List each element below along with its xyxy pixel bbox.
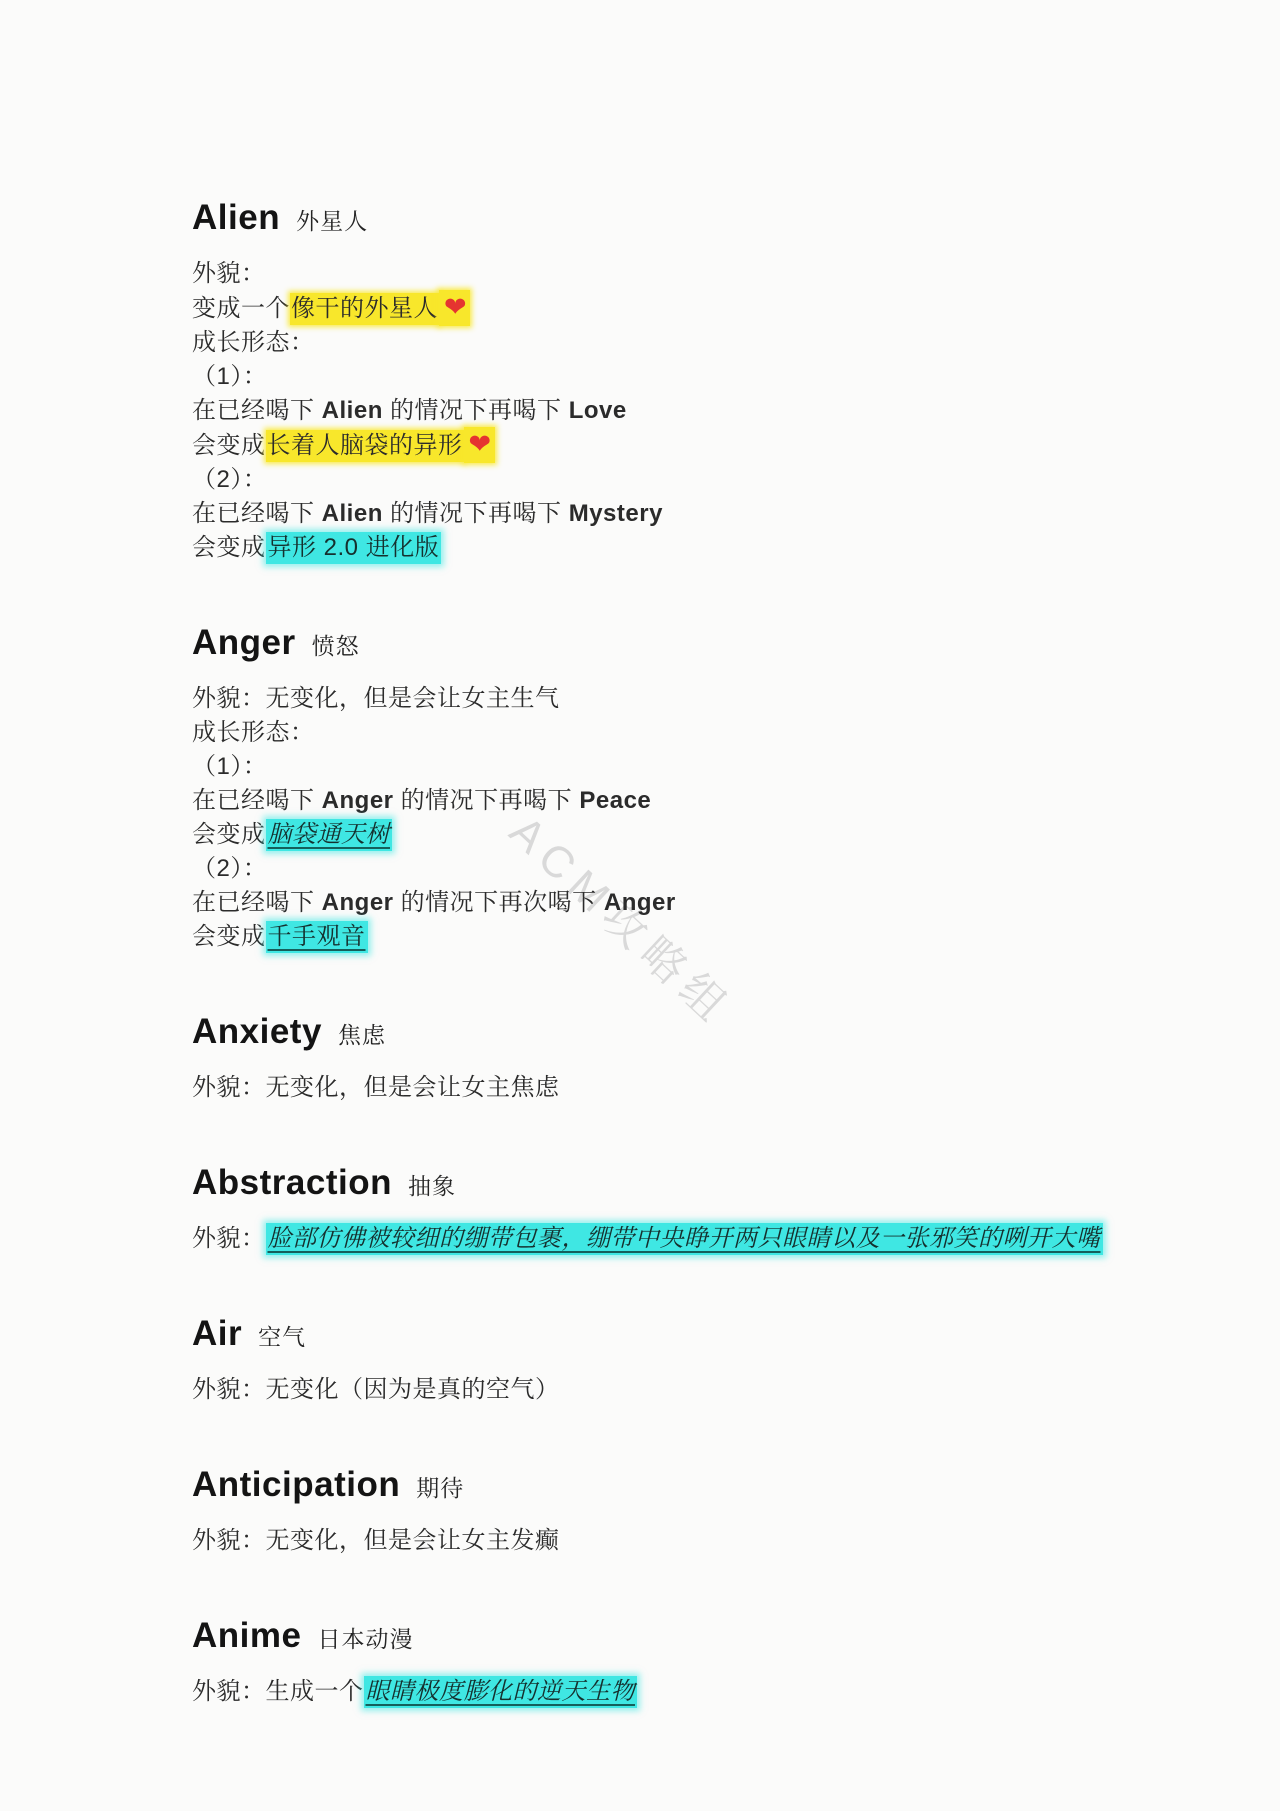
section-title-en: Abstraction bbox=[192, 1161, 392, 1205]
section-heading: Anticipation 期待 bbox=[192, 1463, 1220, 1510]
section-title-en: Anxiety bbox=[192, 1010, 322, 1054]
text-run: 的情况下再次喝下 bbox=[394, 889, 604, 916]
body-line: 在已经喝下 Anger 的情况下再次喝下 Anger bbox=[192, 886, 1220, 920]
body-line: （1）： bbox=[192, 360, 1220, 394]
body-line: 会变成异形 2.0 进化版 bbox=[192, 531, 1220, 565]
glossary-section: Alien 外星人 外貌：变成一个像干的外星人❤成长形态：（1）：在已经喝下 A… bbox=[192, 196, 1220, 565]
glossary-section: Abstraction 抽象 外貌：脸部仿佛被较细的绷带包裹，绷带中央睁开两只眼… bbox=[192, 1161, 1220, 1256]
heart-icon: ❤ bbox=[439, 290, 470, 326]
section-title-zh: 空气 bbox=[258, 1315, 306, 1359]
text-run: Peace bbox=[579, 787, 651, 814]
heart-icon: ❤ bbox=[464, 427, 495, 463]
text-run: 的情况下再喝下 bbox=[394, 787, 580, 814]
glossary-section: Air 空气 外貌：无变化（因为是真的空气） bbox=[192, 1312, 1220, 1407]
text-run: （2）： bbox=[192, 466, 267, 493]
text-run: Mystery bbox=[569, 500, 663, 527]
body-line: 在已经喝下 Alien 的情况下再喝下 Mystery bbox=[192, 497, 1220, 531]
body-line: 外貌：无变化，但是会让女主焦虑 bbox=[192, 1071, 1220, 1105]
section-title-zh: 日本动漫 bbox=[317, 1617, 413, 1661]
text-run: 成长形态： bbox=[192, 329, 315, 356]
text-run: Alien bbox=[322, 500, 383, 527]
body-line: 在已经喝下 Alien 的情况下再喝下 Love bbox=[192, 394, 1220, 428]
section-body: 外貌：生成一个眼睛极度膨化的逆天生物 bbox=[192, 1675, 1220, 1709]
section-body: 外貌：脸部仿佛被较细的绷带包裹，绷带中央睁开两只眼睛以及一张邪笑的咧开大嘴 bbox=[192, 1222, 1220, 1256]
body-line: 外貌：无变化（因为是真的空气） bbox=[192, 1373, 1220, 1407]
text-run: 外貌： bbox=[192, 1225, 266, 1252]
highlight-cyan-text: 千手观音 bbox=[266, 921, 368, 953]
text-run: 在已经喝下 bbox=[192, 787, 322, 814]
section-heading: Anxiety 焦虑 bbox=[192, 1010, 1220, 1057]
body-line: （2）： bbox=[192, 852, 1220, 886]
text-run: 成长形态： bbox=[192, 719, 315, 746]
section-body: 外貌：无变化（因为是真的空气） bbox=[192, 1373, 1220, 1407]
body-line: 会变成长着人脑袋的异形❤ bbox=[192, 428, 1220, 463]
body-line: 外貌：生成一个眼睛极度膨化的逆天生物 bbox=[192, 1675, 1220, 1709]
section-title-zh: 抽象 bbox=[408, 1164, 456, 1208]
text-run: 会变成 bbox=[192, 432, 266, 459]
section-body: 外貌：无变化，但是会让女主生气成长形态：（1）：在已经喝下 Anger 的情况下… bbox=[192, 682, 1220, 954]
text-run: Anger bbox=[604, 889, 676, 916]
glossary-section: Anticipation 期待 外貌：无变化，但是会让女主发癫 bbox=[192, 1463, 1220, 1558]
text-run: 在已经喝下 bbox=[192, 397, 322, 424]
glossary-section: Anime 日本动漫 外貌：生成一个眼睛极度膨化的逆天生物 bbox=[192, 1614, 1220, 1709]
text-run: 在已经喝下 bbox=[192, 500, 322, 527]
text-run: Alien bbox=[322, 397, 383, 424]
text-run: 的情况下再喝下 bbox=[383, 397, 569, 424]
highlight-yellow-text: 长着人脑袋的异形 bbox=[266, 430, 464, 462]
body-line: 外貌：无变化，但是会让女主生气 bbox=[192, 682, 1220, 716]
highlight-cyan-text: 眼睛极度膨化的逆天生物 bbox=[364, 1676, 638, 1708]
text-run: 外貌：无变化，但是会让女主焦虑 bbox=[192, 1074, 560, 1101]
section-title-zh: 期待 bbox=[416, 1466, 464, 1510]
text-run: Love bbox=[569, 397, 627, 424]
text-run: 会变成 bbox=[192, 534, 266, 561]
section-heading: Abstraction 抽象 bbox=[192, 1161, 1220, 1208]
section-title-en: Anger bbox=[192, 621, 296, 665]
section-title-zh: 愤怒 bbox=[312, 624, 360, 668]
body-line: 外貌： bbox=[192, 257, 1220, 291]
section-title-en: Anticipation bbox=[192, 1463, 400, 1507]
body-line: （1）： bbox=[192, 750, 1220, 784]
text-run: 外貌： bbox=[192, 260, 266, 287]
text-run: Anger bbox=[322, 889, 394, 916]
highlight-cyan-text: 脸部仿佛被较细的绷带包裹，绷带中央睁开两只眼睛以及一张邪笑的咧开大嘴 bbox=[266, 1223, 1103, 1255]
text-run: 在已经喝下 bbox=[192, 889, 322, 916]
text-run: 外貌：无变化，但是会让女主生气 bbox=[192, 685, 560, 712]
section-title-zh: 外星人 bbox=[296, 199, 368, 243]
section-heading: Anime 日本动漫 bbox=[192, 1614, 1220, 1661]
section-body: 外貌：无变化，但是会让女主焦虑 bbox=[192, 1071, 1220, 1105]
body-line: 在已经喝下 Anger 的情况下再喝下 Peace bbox=[192, 784, 1220, 818]
section-body: 外貌：变成一个像干的外星人❤成长形态：（1）：在已经喝下 Alien 的情况下再… bbox=[192, 257, 1220, 565]
section-title-en: Anime bbox=[192, 1614, 301, 1658]
text-run: （1）： bbox=[192, 753, 267, 780]
glossary-section: Anxiety 焦虑 外貌：无变化，但是会让女主焦虑 bbox=[192, 1010, 1220, 1105]
body-line: 外貌：无变化，但是会让女主发癫 bbox=[192, 1524, 1220, 1558]
body-line: 变成一个像干的外星人❤ bbox=[192, 291, 1220, 326]
text-run: 的情况下再喝下 bbox=[383, 500, 569, 527]
highlight-cyan-text: 异形 2.0 进化版 bbox=[266, 532, 442, 564]
text-run: （1）： bbox=[192, 363, 267, 390]
text-run: 变成一个 bbox=[192, 295, 290, 322]
glossary-section: Anger 愤怒 外貌：无变化，但是会让女主生气成长形态：（1）：在已经喝下 A… bbox=[192, 621, 1220, 954]
section-title-zh: 焦虑 bbox=[338, 1013, 386, 1057]
section-body: 外貌：无变化，但是会让女主发癫 bbox=[192, 1524, 1220, 1558]
text-run: （2）： bbox=[192, 855, 267, 882]
body-line: 成长形态： bbox=[192, 716, 1220, 750]
text-run: 会变成 bbox=[192, 821, 266, 848]
highlight-cyan-text: 脑袋通天树 bbox=[266, 819, 393, 851]
section-heading: Air 空气 bbox=[192, 1312, 1220, 1359]
text-run: 外貌：无变化（因为是真的空气） bbox=[192, 1376, 560, 1403]
body-line: 会变成千手观音 bbox=[192, 920, 1220, 954]
text-run: 外貌：生成一个 bbox=[192, 1678, 364, 1705]
section-title-en: Air bbox=[192, 1312, 242, 1356]
body-line: 会变成脑袋通天树 bbox=[192, 818, 1220, 852]
text-run: 外貌：无变化，但是会让女主发癫 bbox=[192, 1527, 560, 1554]
text-run: Anger bbox=[322, 787, 394, 814]
document-page: Alien 外星人 外貌：变成一个像干的外星人❤成长形态：（1）：在已经喝下 A… bbox=[0, 0, 1280, 1709]
section-heading: Anger 愤怒 bbox=[192, 621, 1220, 668]
body-line: （2）： bbox=[192, 463, 1220, 497]
body-line: 成长形态： bbox=[192, 326, 1220, 360]
section-heading: Alien 外星人 bbox=[192, 196, 1220, 243]
section-title-en: Alien bbox=[192, 196, 280, 240]
glossary-list: Alien 外星人 外貌：变成一个像干的外星人❤成长形态：（1）：在已经喝下 A… bbox=[192, 196, 1220, 1709]
body-line: 外貌：脸部仿佛被较细的绷带包裹，绷带中央睁开两只眼睛以及一张邪笑的咧开大嘴 bbox=[192, 1222, 1220, 1256]
highlight-yellow-text: 像干的外星人 bbox=[290, 293, 439, 325]
text-run: 会变成 bbox=[192, 923, 266, 950]
